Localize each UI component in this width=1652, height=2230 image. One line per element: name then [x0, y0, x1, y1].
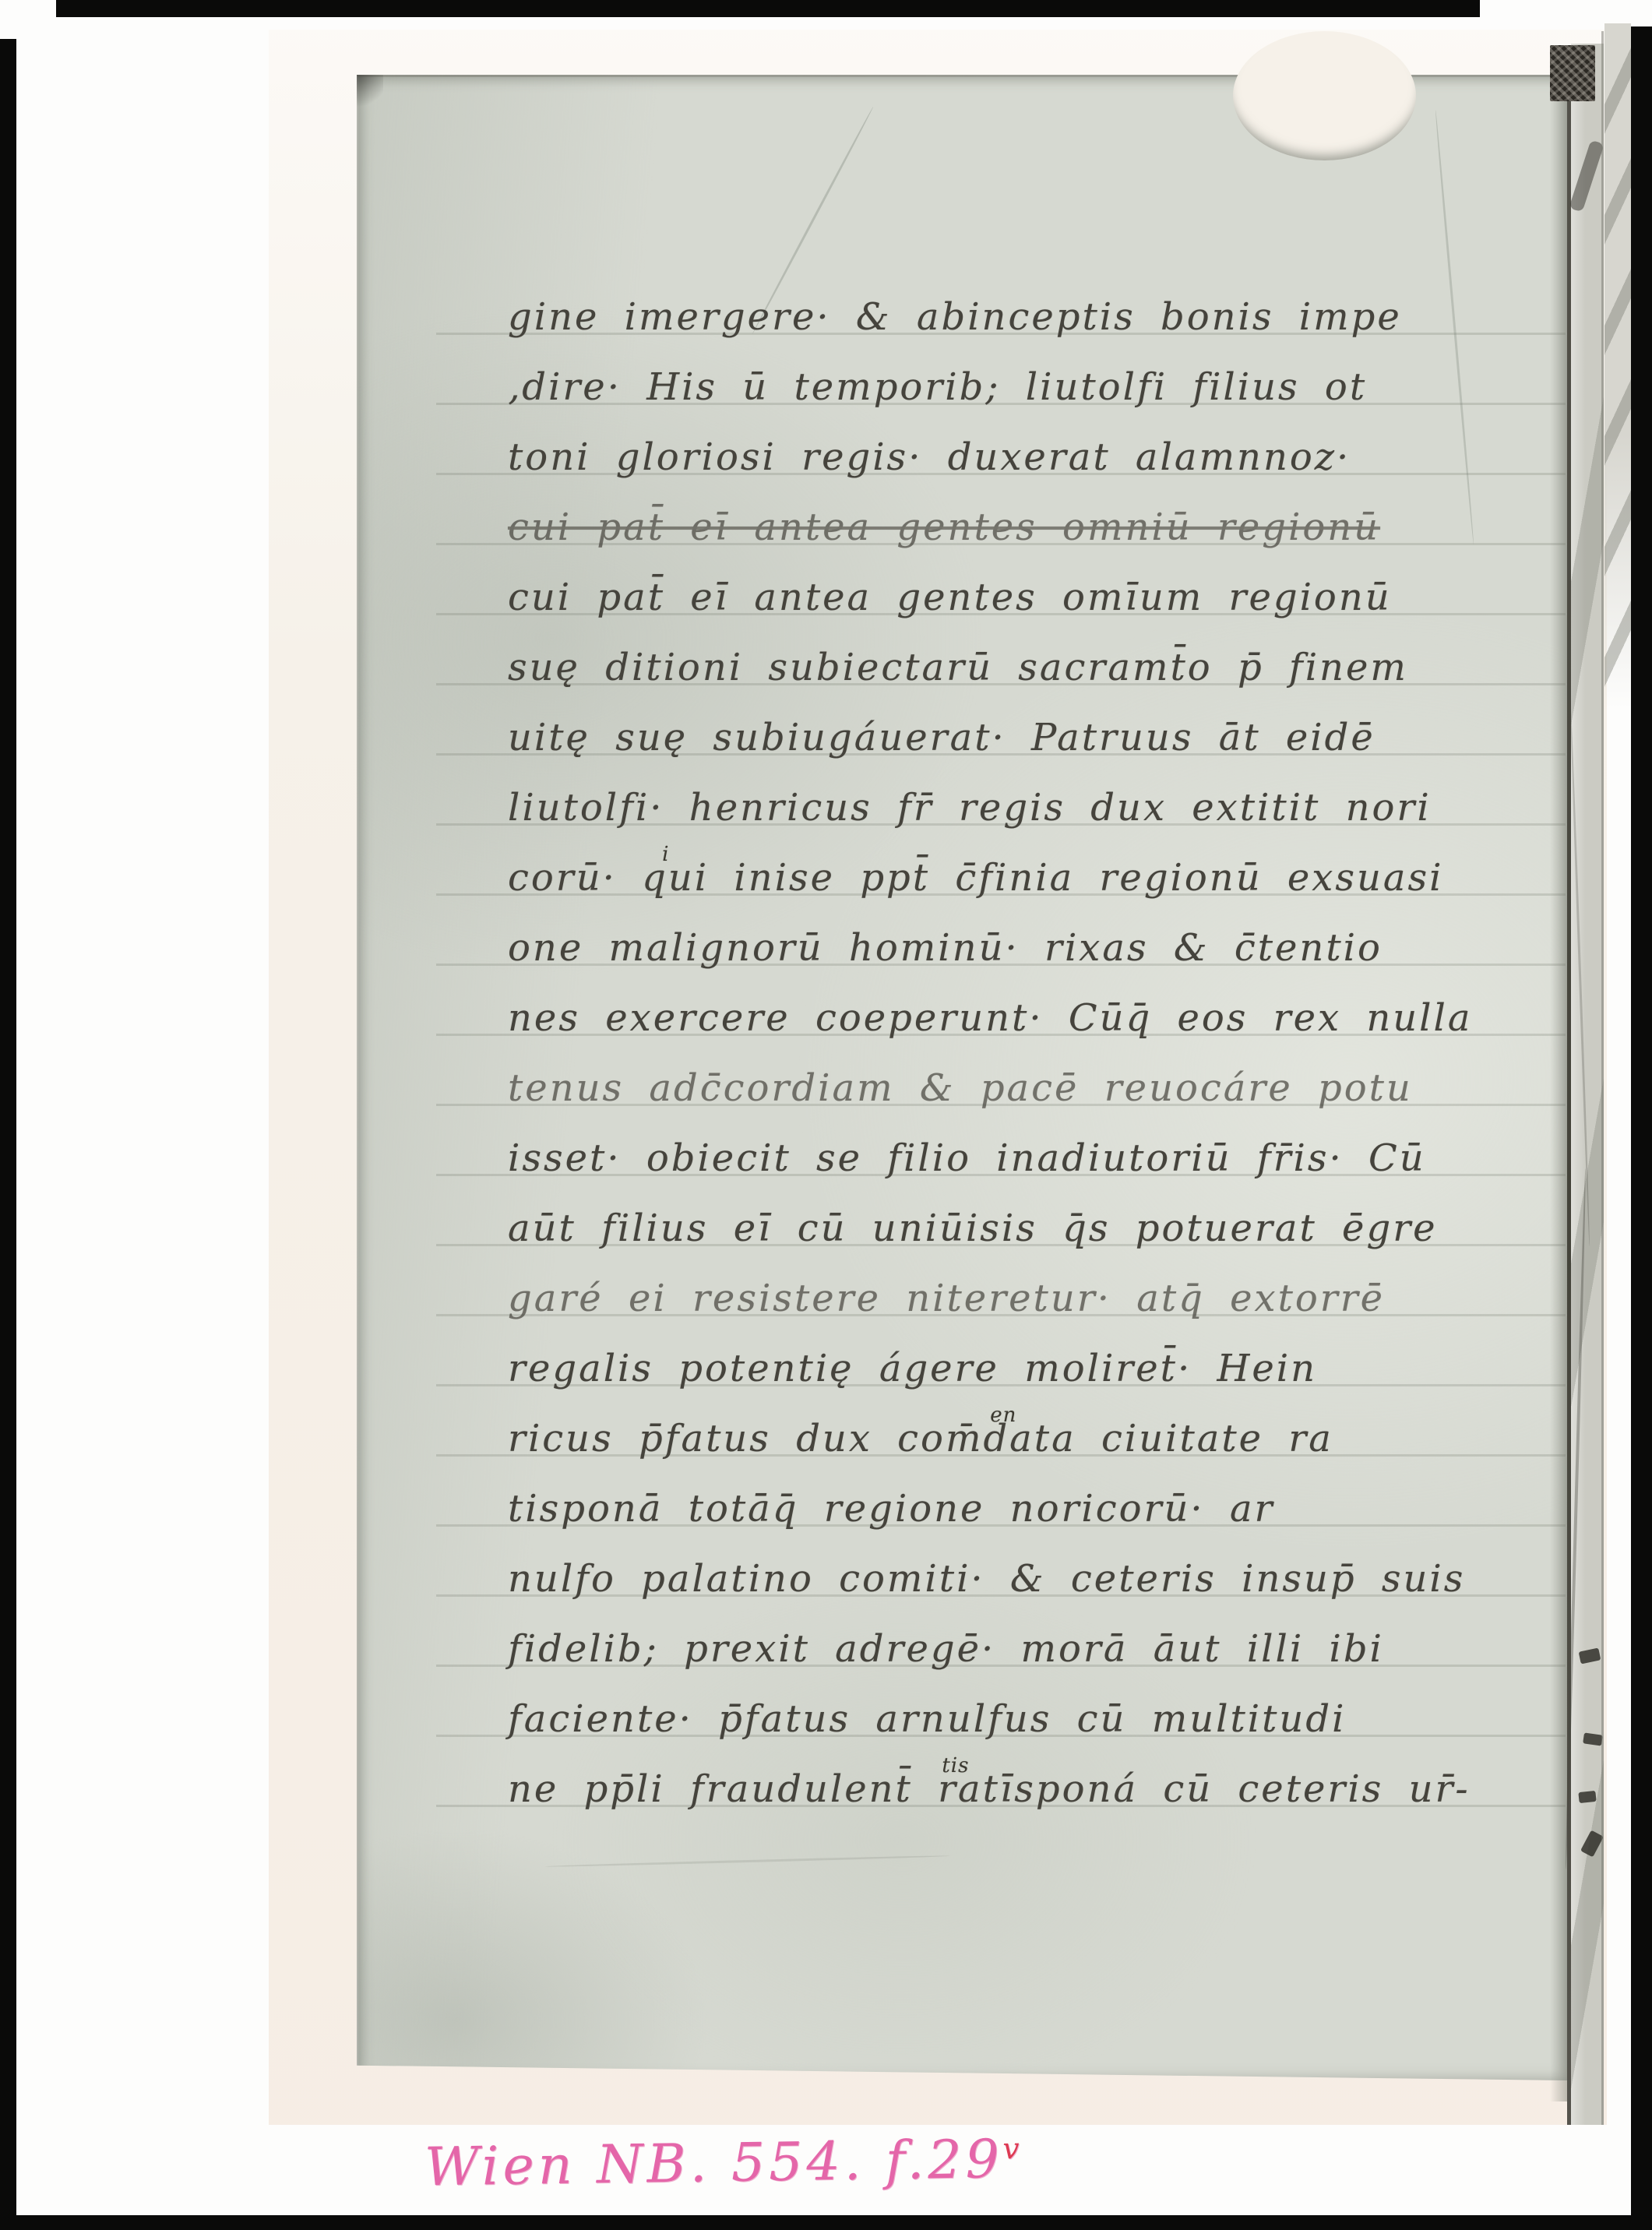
parchment-corner-shadow: [357, 75, 383, 111]
parchment-top-notch: [1233, 31, 1416, 160]
shelfmark-annotation: Wien NB. 554. f.29v: [424, 2129, 1023, 2199]
manuscript-line: fidelib; prexit adregē· morā āut illi ib…: [508, 1614, 1472, 1684]
shelfmark-folio-superscript: v: [1002, 2131, 1023, 2165]
manuscript-line: faciente· p̄fatus arnulfus cū multitudi: [508, 1684, 1472, 1754]
page-edges-strip: [1571, 44, 1604, 2125]
book-block-edge: [1604, 23, 1631, 709]
film-frame-left: [0, 39, 16, 2230]
manuscript-line: nulfo palatino comiti· & ceteris insup̄ …: [508, 1544, 1472, 1614]
manuscript-line: tenus adc̄cordiam & pacē reuocáre potu: [508, 1053, 1472, 1123]
manuscript-line: tisponā totāq̄ regione noricorū· ar: [508, 1474, 1472, 1544]
manuscript-line: garé ei resistere niteretur· atq̄ extorr…: [508, 1263, 1472, 1333]
manuscript-line: uitę suę subiugáuerat· Patruus āt eidē: [508, 703, 1472, 773]
manuscript-line: cui pat̄ eī antea gentes omīum regionū: [508, 562, 1472, 632]
binding-fragment: [1550, 45, 1595, 101]
interlinear-insertion: i: [662, 844, 669, 865]
film-frame-right: [1631, 26, 1652, 2230]
manuscript-line: isset· obiecit se filio inadiutoriū fr̄i…: [508, 1123, 1472, 1193]
manuscript-line: cui pat̄ eī antea gentes omniū regionū: [508, 492, 1472, 562]
film-frame-bottom: [0, 2215, 1652, 2230]
manuscript-line: gine imergere· & abinceptis bonis impe: [508, 282, 1472, 352]
manuscript-line: ricus p̄fatus dux com̄data ciuitate raen: [508, 1404, 1472, 1474]
manuscript-text-block: gine imergere· & abinceptis bonis impe‚d…: [508, 282, 1472, 1824]
show-through-mark: [1578, 1791, 1596, 1803]
manuscript-line: ‚dire· His ū temporib; liutolfi filius o…: [508, 352, 1472, 422]
manuscript-line: corū· qui inise ppt̄ c̄finia regionū exs…: [508, 843, 1472, 913]
shelfmark-text: Wien NB. 554. f.29: [424, 2129, 1003, 2198]
manuscript-line: aūt filius eī cū uniūisis q̄s potuerat ē…: [508, 1193, 1472, 1263]
manuscript-line: suę ditioni subiectarū sacramt̄o p̄ fine…: [508, 632, 1472, 703]
manuscript-line: toni gloriosi regis· duxerat alamnnoz·: [508, 422, 1472, 492]
manuscript-line: liutolfi· henricus fr̄ regis dux extitit…: [508, 773, 1472, 843]
photographic-slide-scan: gine imergere· & abinceptis bonis impe‚d…: [0, 0, 1652, 2230]
manuscript-line: ne pp̄li fraudulent̄ ratīsponá cū ceteri…: [508, 1754, 1472, 1824]
film-frame-top: [56, 0, 1480, 17]
manuscript-line: one malignorū hominū· rixas & c̄tentio: [508, 913, 1472, 983]
film-frame-corner-gap: [0, 0, 56, 39]
photo-right-edge: [1601, 31, 1604, 2125]
manuscript-line: regalis potentię ágere moliret̄· Hein: [508, 1333, 1472, 1404]
interlinear-insertion: tis: [942, 1756, 969, 1776]
gutter-shading: [1550, 62, 1569, 2101]
manuscript-line: nes exercere coeperunt· Cūq̄ eos rex nul…: [508, 983, 1472, 1053]
interlinear-insertion: en: [990, 1405, 1016, 1425]
